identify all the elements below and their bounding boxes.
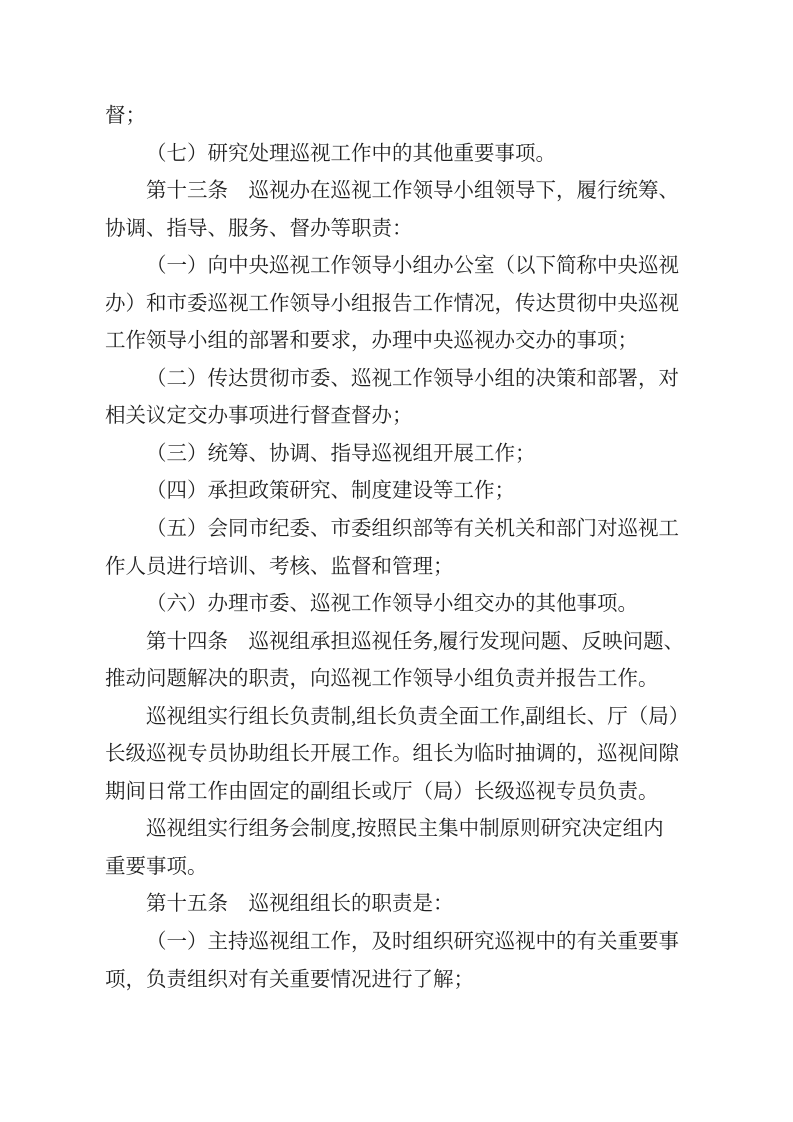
text-line: 项，负责组织对有关重要情况进行了解； xyxy=(105,962,685,1000)
document-page: 督；（七）研究处理巡视工作中的其他重要事项。第十三条 巡视办在巡视工作领导小组领… xyxy=(0,0,793,1122)
text-line: 期间日常工作由固定的副组长或厅（局）长级巡视专员负责。 xyxy=(105,774,685,812)
document-body: 督；（七）研究处理巡视工作中的其他重要事项。第十三条 巡视办在巡视工作领导小组领… xyxy=(105,98,685,999)
text-line: 第十五条 巡视组组长的职责是： xyxy=(105,886,685,924)
text-line: （七）研究处理巡视工作中的其他重要事项。 xyxy=(105,136,685,174)
text-line: （一）主持巡视组工作，及时组织研究巡视中的有关重要事 xyxy=(105,924,685,962)
text-line: 作人员进行培训、考核、监督和管理； xyxy=(105,549,685,587)
text-line: 长级巡视专员协助组长开展工作。组长为临时抽调的，巡视间隙 xyxy=(105,736,685,774)
text-line: （一）向中央巡视工作领导小组办公室（以下简称中央巡视 xyxy=(105,248,685,286)
text-line: （六）办理市委、巡视工作领导小组交办的其他事项。 xyxy=(105,586,685,624)
text-line: 巡视组实行组长负责制,组长负责全面工作,副组长、厅（局） xyxy=(105,699,685,737)
text-line: 第十四条 巡视组承担巡视任务,履行发现问题、反映问题、 xyxy=(105,624,685,662)
text-line: 巡视组实行组务会制度,按照民主集中制原则研究决定组内 xyxy=(105,811,685,849)
text-line: 第十三条 巡视办在巡视工作领导小组领导下，履行统筹、 xyxy=(105,173,685,211)
text-line: （五）会同市纪委、市委组织部等有关机关和部门对巡视工 xyxy=(105,511,685,549)
text-line: （二）传达贯彻市委、巡视工作领导小组的决策和部署，对 xyxy=(105,361,685,399)
text-line: 重要事项。 xyxy=(105,849,685,887)
text-line: 相关议定交办事项进行督查督办； xyxy=(105,398,685,436)
text-line: 督； xyxy=(105,98,685,136)
text-line: 工作领导小组的部署和要求，办理中央巡视办交办的事项； xyxy=(105,323,685,361)
text-line: 协调、指导、服务、督办等职责： xyxy=(105,211,685,249)
text-line: 推动问题解决的职责，向巡视工作领导小组负责并报告工作。 xyxy=(105,661,685,699)
text-line: 办）和市委巡视工作领导小组报告工作情况，传达贯彻中央巡视 xyxy=(105,286,685,324)
text-line: （四）承担政策研究、制度建设等工作； xyxy=(105,473,685,511)
text-line: （三）统筹、协调、指导巡视组开展工作； xyxy=(105,436,685,474)
